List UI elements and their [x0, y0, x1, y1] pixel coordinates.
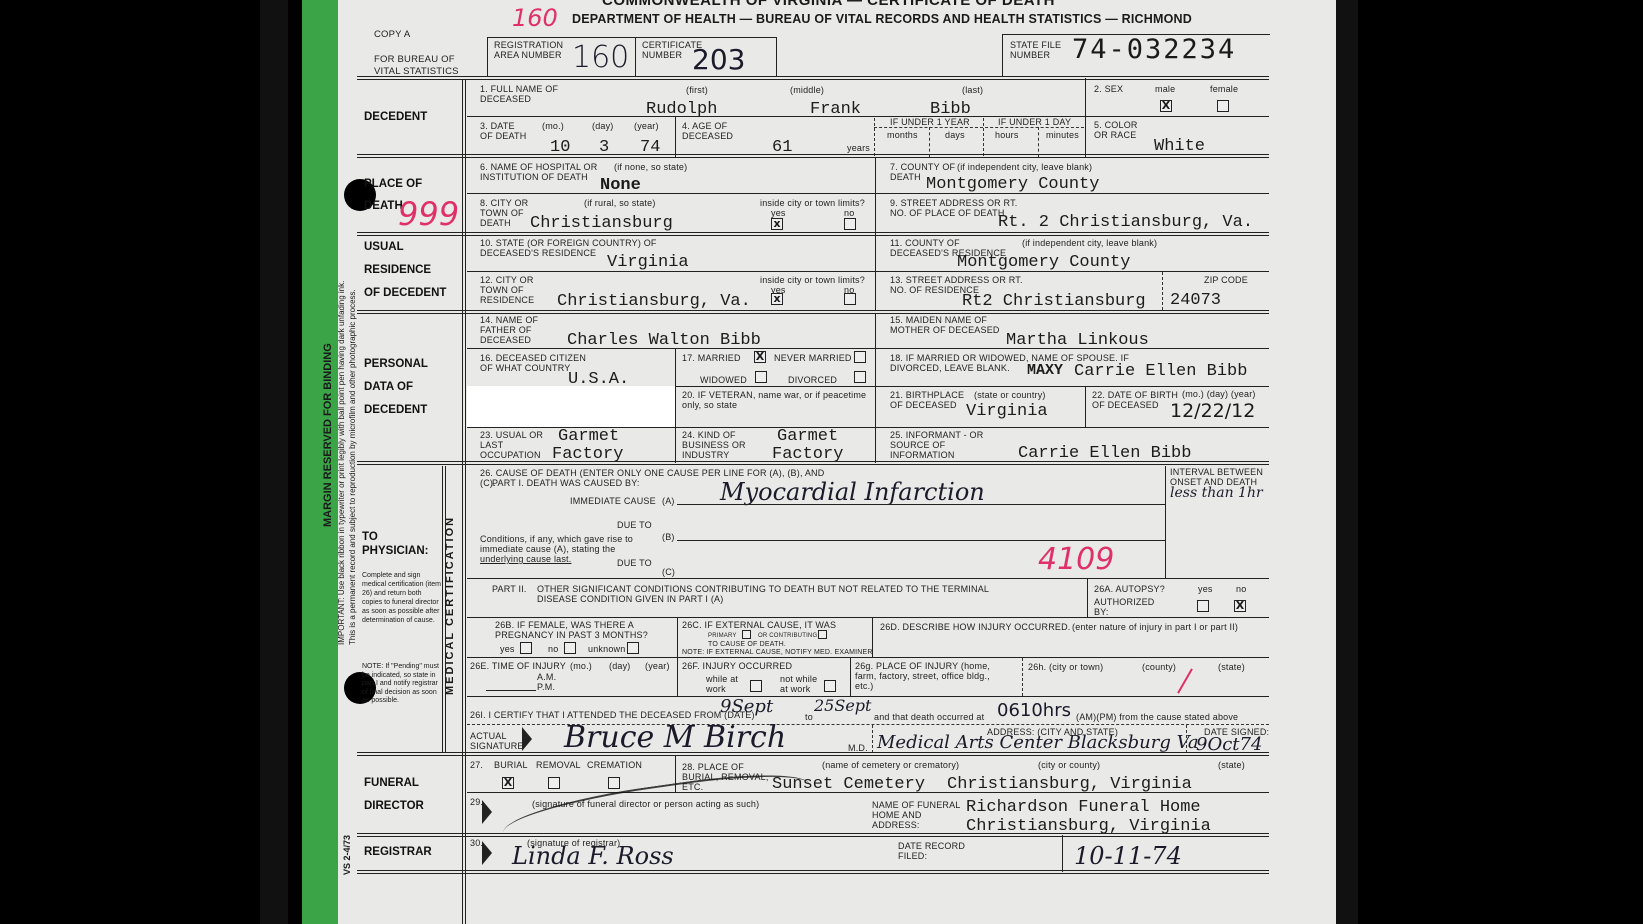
autopsy-no-label: no	[1236, 584, 1246, 594]
removal-checkbox[interactable]	[548, 777, 560, 789]
contributing-checkbox[interactable]	[818, 630, 827, 639]
zip-value: 24073	[1170, 291, 1221, 310]
pregnancy-yes-label: yes	[500, 644, 515, 654]
veteran-label: 20. IF VETERAN, name war, or if peacetim…	[682, 390, 872, 410]
due-to-label: DUE TO	[617, 520, 652, 530]
divider	[1038, 127, 1039, 157]
under-day-label: IF UNDER 1 DAY	[998, 117, 1071, 127]
time-of-injury-label: 26e. TIME OF INJURY	[470, 661, 566, 671]
pregnancy-label: 26b. IF FEMALE, WAS THERE A PREGNANCY IN…	[495, 620, 675, 640]
disposition-label: 27.	[470, 760, 483, 770]
business-value-1: Garmet	[777, 427, 838, 446]
married-checkbox[interactable]: X	[754, 351, 766, 363]
injury-occurred-label: 26f. INJURY OCCURRED	[682, 661, 792, 671]
to-label: TO	[362, 531, 378, 543]
form-code: VS 2-4/73	[342, 835, 352, 875]
injury-mo-label: (mo.)	[570, 661, 592, 671]
county-residence-note: (if independent city, leave blank)	[1022, 238, 1157, 248]
from-date-value: 9Sept	[720, 696, 773, 717]
father-label: 14. NAME OF FATHER OF DECEASED	[480, 315, 560, 345]
state-file-label: STATE FILE NUMBER	[1010, 40, 1070, 60]
part2-label: PART II.	[492, 584, 527, 594]
year-label: (year)	[634, 121, 659, 131]
red-annotation-4109: 4109	[1038, 542, 1114, 577]
funeral-home-label: NAME OF FUNERAL HOME AND ADDRESS:	[872, 800, 962, 830]
section-registrar: REGISTRAR	[364, 846, 432, 858]
rule	[467, 792, 1269, 793]
rule	[675, 386, 1269, 387]
divider	[675, 349, 676, 463]
redacted-field	[467, 386, 675, 428]
removal-label: REMOVAL	[536, 760, 581, 770]
county-death-value: Montgomery County	[926, 175, 1099, 194]
burial-label: BURIAL	[494, 760, 528, 770]
pregnancy-no-checkbox[interactable]	[564, 642, 576, 654]
city-residence-label: 12. CITY OR TOWN OF RESIDENCE	[480, 275, 550, 305]
dob-note: (mo.) (day) (year)	[1182, 389, 1256, 399]
divider	[1165, 466, 1166, 579]
cremation-checkbox[interactable]	[608, 777, 620, 789]
place-of-injury-label: 26g. PLACE OF INJURY (home, farm, factor…	[855, 661, 995, 691]
section-decedent: DECEDENT	[364, 111, 427, 123]
part1-label: PART I. DEATH WAS CAUSED BY:	[492, 478, 640, 488]
street-death-value: Rt. 2 Christiansburg, Va.	[998, 213, 1253, 232]
margin-important-note: IMPORTANT: Use black ribbon in typewrite…	[337, 281, 346, 645]
certificate-title: COMMONWEALTH OF VIRGINIA — CERTIFICATE O…	[602, 0, 1055, 9]
physician-address-value: Medical Arts Center Blacksburg Va	[877, 732, 1199, 753]
registrar-signature: Linda F. Ross	[512, 842, 674, 870]
zip-label: ZIP CODE	[1204, 275, 1248, 285]
copy-label: COPY A	[374, 30, 410, 40]
pregnancy-unknown-label: unknown	[588, 644, 625, 654]
occupation-label: 23. USUAL OR LAST OCCUPATION	[480, 430, 550, 460]
interval-value: less than 1hr	[1170, 485, 1263, 501]
margin-permanent-note: This is a permanent record and subject t…	[348, 289, 357, 645]
death-certificate: COMMONWEALTH OF VIRGINIA — CERTIFICATE O…	[302, 0, 1336, 924]
section-usual: USUAL	[364, 241, 404, 253]
rule	[677, 540, 1165, 541]
inside-limits-label: inside city or town limits?	[760, 275, 865, 285]
medical-certification-label: MEDICAL CERTIFICATION	[444, 516, 456, 695]
pregnancy-unknown-checkbox[interactable]	[627, 642, 639, 654]
occupation-value-1: Garmet	[558, 427, 619, 446]
months-label: months	[887, 130, 918, 140]
divider	[872, 725, 873, 753]
actual-signature-label: ACTUAL SIGNATURE	[470, 731, 530, 751]
hours-label: hours	[995, 130, 1019, 140]
injury-county-label: (county)	[1142, 662, 1176, 672]
authorized-label: AUTHORIZED BY:	[1094, 597, 1154, 617]
state-file-value: 74-032234	[1072, 34, 1236, 65]
divider	[850, 658, 851, 696]
field-1-label: 1. FULL NAME OF DECEASED	[480, 84, 560, 104]
cause-a-value: Myocardial Infarction	[720, 478, 985, 506]
county-residence-value: Montgomery County	[957, 253, 1130, 272]
divider	[983, 118, 984, 156]
birthplace-value: Virginia	[966, 402, 1048, 421]
divider	[1022, 658, 1023, 696]
pregnancy-no-label: no	[548, 644, 558, 654]
county-death-note: (if independent city, leave blank)	[957, 162, 1092, 172]
certify-label: 26i. I CERTIFY that I attended the decea…	[470, 710, 755, 720]
a-label: (A)	[662, 496, 675, 506]
registration-area-label: REGISTRATION AREA NUMBER	[494, 40, 564, 60]
death-occurred-label: and that death occurred at	[874, 712, 984, 722]
while-work-label: while at work	[706, 674, 746, 694]
informant-label: 25. INFORMANT - OR SOURCE OF INFORMATION	[890, 430, 1010, 460]
pregnancy-yes-checkbox[interactable]	[520, 642, 532, 654]
section-to-physician: TOPHYSICIAN:	[362, 530, 442, 558]
date-filed-value: 10-11-74	[1074, 842, 1182, 870]
widowed-label: WIDOWED	[700, 375, 747, 385]
physician-label: PHYSICIAN:	[362, 545, 428, 557]
divider	[1062, 835, 1063, 872]
birthplace-note: (state or country)	[974, 390, 1046, 400]
mother-label: 15. MAIDEN NAME OF MOTHER OF DECEASED	[890, 315, 1000, 335]
city-death-value: Christiansburg	[530, 214, 673, 233]
divider	[1186, 725, 1187, 753]
city-residence-value: Christiansburg, Va.	[557, 292, 751, 311]
rule	[357, 752, 1269, 756]
physician-signature: Bruce M Birch	[564, 720, 786, 755]
rule	[677, 504, 1165, 505]
part2-text: OTHER SIGNIFICANT CONDITIONS CONTRIBUTIN…	[537, 584, 997, 604]
hospital-note: (if none, so state)	[614, 162, 687, 172]
business-label: 24. KIND OF BUSINESS OR INDUSTRY	[682, 430, 782, 460]
divorced-label: DIVORCED	[788, 375, 837, 385]
section-director: DIRECTOR	[364, 800, 424, 812]
rule	[486, 690, 536, 691]
race-label: 5. COLOR OR RACE	[1094, 120, 1154, 140]
not-while-work-label: not while at work	[780, 674, 824, 694]
divider	[675, 117, 676, 157]
section-place-of: PLACE OF	[364, 178, 422, 190]
divider	[874, 118, 875, 156]
divider	[635, 37, 636, 77]
rule	[467, 271, 1269, 272]
rule	[357, 833, 1269, 837]
cremation-label: CREMATION	[587, 760, 642, 770]
minutes-label: minutes	[1046, 130, 1079, 140]
never-married-checkbox[interactable]	[854, 351, 866, 363]
divider	[1162, 272, 1163, 310]
days-label: days	[945, 130, 965, 140]
divider	[875, 313, 876, 463]
b-label: (B)	[662, 532, 675, 542]
left-border	[260, 0, 288, 924]
rule	[467, 193, 1269, 194]
rule	[467, 578, 1269, 579]
under-year-label: IF UNDER 1 YEAR	[890, 117, 970, 127]
female-label: female	[1210, 84, 1238, 94]
state-label: (state)	[1218, 760, 1245, 770]
arrow-icon	[522, 727, 532, 751]
physician-note: Complete and sign medical certification …	[362, 571, 442, 625]
mo-label: (mo.)	[542, 121, 564, 131]
last-label: (last)	[962, 85, 983, 95]
divider	[1085, 78, 1086, 158]
for-bureau-label: FOR BUREAU OF VITAL STATISTICS	[374, 54, 474, 78]
female-checkbox[interactable]	[1217, 100, 1229, 112]
section-funeral: FUNERAL	[364, 777, 419, 789]
divider	[1085, 387, 1086, 427]
spouse-value: Carrie Ellen Bibb	[1074, 362, 1247, 381]
day-label: (day)	[592, 121, 614, 131]
hospital-label: 6. NAME OF HOSPITAL OR INSTITUTION OF DE…	[480, 162, 600, 182]
c-label: (C)	[662, 567, 675, 577]
right-border	[1336, 0, 1358, 924]
section-death: DEATH	[364, 200, 403, 212]
street-residence-value: Rt2 Christiansburg	[962, 292, 1146, 311]
dob-value: 12/22/12	[1170, 400, 1255, 422]
widowed-checkbox[interactable]	[755, 371, 767, 383]
autopsy-yes-checkbox[interactable]	[1197, 600, 1209, 612]
interval-label: INTERVAL BETWEEN ONSET AND DEATH	[1170, 467, 1270, 487]
arrow-icon	[482, 800, 492, 824]
autopsy-label: 26a. AUTOPSY?	[1094, 584, 1165, 594]
to-label: to	[805, 712, 813, 722]
date-filed-label: DATE RECORD FILED:	[898, 841, 968, 861]
margin-binding-label: MARGIN RESERVED FOR BINDING	[322, 343, 334, 527]
rule	[357, 461, 1269, 465]
to-date-value: 25Sept	[814, 696, 871, 715]
red-annotation-160: 160	[512, 4, 558, 32]
spouse-struck-text: MAXY	[1027, 362, 1063, 379]
rule	[357, 232, 1269, 236]
section-data-of: DATA OF	[364, 381, 413, 393]
red-slash-mark	[1177, 668, 1193, 693]
inside-limits-no-checkbox[interactable]	[844, 218, 856, 230]
city-county-label: (city or county)	[1038, 760, 1100, 770]
divider	[872, 618, 873, 658]
divorced-checkbox[interactable]	[854, 371, 866, 383]
dob-label: 22. DATE OF BIRTH OF DECEASED	[1092, 390, 1182, 410]
pending-note: NOTE: If "Pending" must be indicated, so…	[362, 663, 442, 706]
rule	[467, 116, 1269, 117]
divider	[1087, 579, 1088, 617]
rule	[467, 657, 1269, 658]
male-label: male	[1155, 84, 1175, 94]
middle-label: (middle)	[790, 85, 824, 95]
rule	[357, 76, 1269, 80]
section-residence: RESIDENCE	[364, 264, 431, 276]
external-cause-label: 26c. IF EXTERNAL CAUSE, IT WAS	[682, 620, 836, 630]
section-decedent-2: DECEDENT	[364, 404, 427, 416]
rule	[467, 617, 1269, 618]
red-annotation-999: 999	[398, 195, 459, 233]
state-residence-value: Virginia	[607, 253, 689, 272]
inside-limits-label: inside city or town limits?	[760, 198, 865, 208]
date-of-death-label: 3. DATE OF DEATH	[480, 121, 530, 141]
city-death-note: (if rural, so state)	[584, 198, 656, 208]
res-inside-limits-yes-checkbox[interactable]: x	[771, 293, 783, 305]
primary-checkbox[interactable]	[742, 630, 751, 639]
conditions-label: Conditions, if any, which gave rise to i…	[480, 534, 650, 554]
certificate-number-value: 203	[692, 43, 745, 76]
ampm-label: (AM)(PM) from the cause stated above	[1076, 712, 1238, 722]
department-subtitle: DEPARTMENT OF HEALTH — BUREAU OF VITAL R…	[572, 12, 1192, 26]
death-time-value: 0610hrs	[997, 700, 1071, 721]
immediate-cause-label: IMMEDIATE CAUSE	[570, 496, 656, 506]
pm-label: P.M.	[537, 682, 555, 692]
never-married-label: NEVER MARRIED	[774, 353, 852, 363]
arrow-icon	[482, 841, 492, 865]
autopsy-no-checkbox[interactable]: X	[1234, 600, 1246, 612]
injury-how-note: (enter nature of injury in part I or par…	[1072, 622, 1238, 632]
injury-how-label: 26d. DESCRIBE HOW INJURY OCCURRED.	[880, 622, 1071, 632]
funeral-home-value: Richardson Funeral Home	[966, 798, 1201, 817]
married-label: 17. MARRIED	[682, 353, 741, 363]
rule	[357, 870, 1269, 874]
first-label: (first)	[686, 85, 708, 95]
injury-day-label: (day)	[609, 661, 631, 671]
due-to-label-2: DUE TO	[617, 558, 652, 568]
rule	[357, 310, 1269, 314]
divider	[874, 127, 1084, 128]
divider	[929, 127, 930, 157]
autopsy-yes-label: yes	[1198, 584, 1213, 594]
rule	[467, 348, 1269, 349]
while-work-checkbox[interactable]	[750, 680, 762, 692]
section-divider	[462, 80, 466, 924]
registration-area-value: 160	[572, 40, 629, 75]
res-inside-limits-no-checkbox[interactable]	[844, 293, 856, 305]
age-label: 4. AGE OF DECEASED	[682, 121, 742, 141]
am-label: A.M.	[537, 672, 556, 682]
inside-limits-yes-checkbox[interactable]: x	[771, 218, 783, 230]
years-label: years	[847, 143, 870, 153]
injury-city-label: 26h. (city or town)	[1028, 662, 1103, 672]
injury-year-label: (year)	[645, 661, 670, 671]
section-of-decedent: OF DECEDENT	[364, 287, 446, 299]
injury-state-label: (state)	[1218, 662, 1245, 672]
section-personal: PERSONAL	[364, 358, 428, 370]
underlying-label: underlying cause last.	[480, 554, 571, 564]
cemetery-label: (name of cemetery or crematory)	[822, 760, 959, 770]
burial-checkbox[interactable]: X	[502, 777, 514, 789]
rule	[357, 154, 1269, 158]
birthplace-label: 21. BIRTHPLACE OF DECEASED	[890, 390, 970, 410]
no-label: no	[844, 208, 854, 218]
male-checkbox[interactable]: X	[1160, 100, 1172, 112]
sex-label: 2. SEX	[1094, 84, 1123, 94]
not-while-work-checkbox[interactable]	[824, 680, 836, 692]
